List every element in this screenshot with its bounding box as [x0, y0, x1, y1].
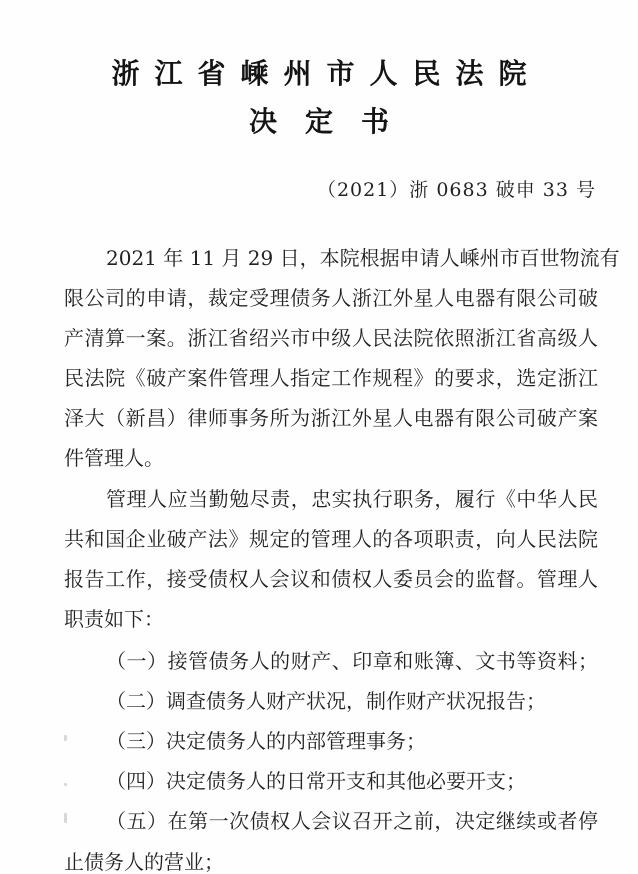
paragraph-line: 2021 年 11 月 29 日，本院根据申请人嵊州市百世物流有 [106, 244, 598, 272]
paragraph-line: 职责如下： [64, 605, 598, 633]
duty-item: （五）在第一次债权人会议召开之前，决定继续或者停 [106, 807, 598, 835]
document-page: 浙江省嵊州市人民法院 决定书 （2021）浙 0683 破申 33 号 2021… [0, 0, 638, 874]
duty-item: （四）决定债务人的日常开支和其他必要开支； [106, 767, 526, 795]
scan-artifact [64, 783, 67, 786]
paragraph-line: 件管理人。 [64, 444, 598, 472]
paragraph-line: 产清算一案。浙江省绍兴市中级人民法院依照浙江省高级人 [64, 324, 598, 352]
paragraph-line: 共和国企业破产法》规定的管理人的各项职责，向人民法院 [64, 525, 598, 553]
scan-artifact [64, 735, 67, 741]
paragraph-line: 限公司的申请，裁定受理债务人浙江外星人电器有限公司破 [64, 284, 598, 312]
scan-artifact [64, 813, 67, 823]
paragraph-line: 管理人应当勤勉尽责，忠实执行职务，履行《中华人民 [106, 485, 598, 513]
case-number: （2021）浙 0683 破申 33 号 [317, 177, 596, 203]
duty-item: （三）决定债务人的内部管理事务； [106, 727, 426, 755]
paragraph-line: 泽大（新昌）律师事务所为浙江外星人电器有限公司破产案 [64, 404, 598, 432]
document-type-heading: 决定书 [0, 102, 638, 142]
duty-item-continuation: 止债务人的营业； [64, 848, 598, 874]
court-name-heading: 浙江省嵊州市人民法院 [0, 54, 638, 94]
paragraph-line: 报告工作，接受债权人会议和债权人委员会的监督。管理人 [64, 565, 598, 593]
duty-item: （一）接管债务人的财产、印章和账簿、文书等资料； [106, 647, 598, 675]
duty-item: （二）调查债务人财产状况，制作财产状况报告； [106, 687, 546, 715]
paragraph-line: 民法院《破产案件管理人指定工作规程》的要求，选定浙江 [64, 364, 598, 392]
